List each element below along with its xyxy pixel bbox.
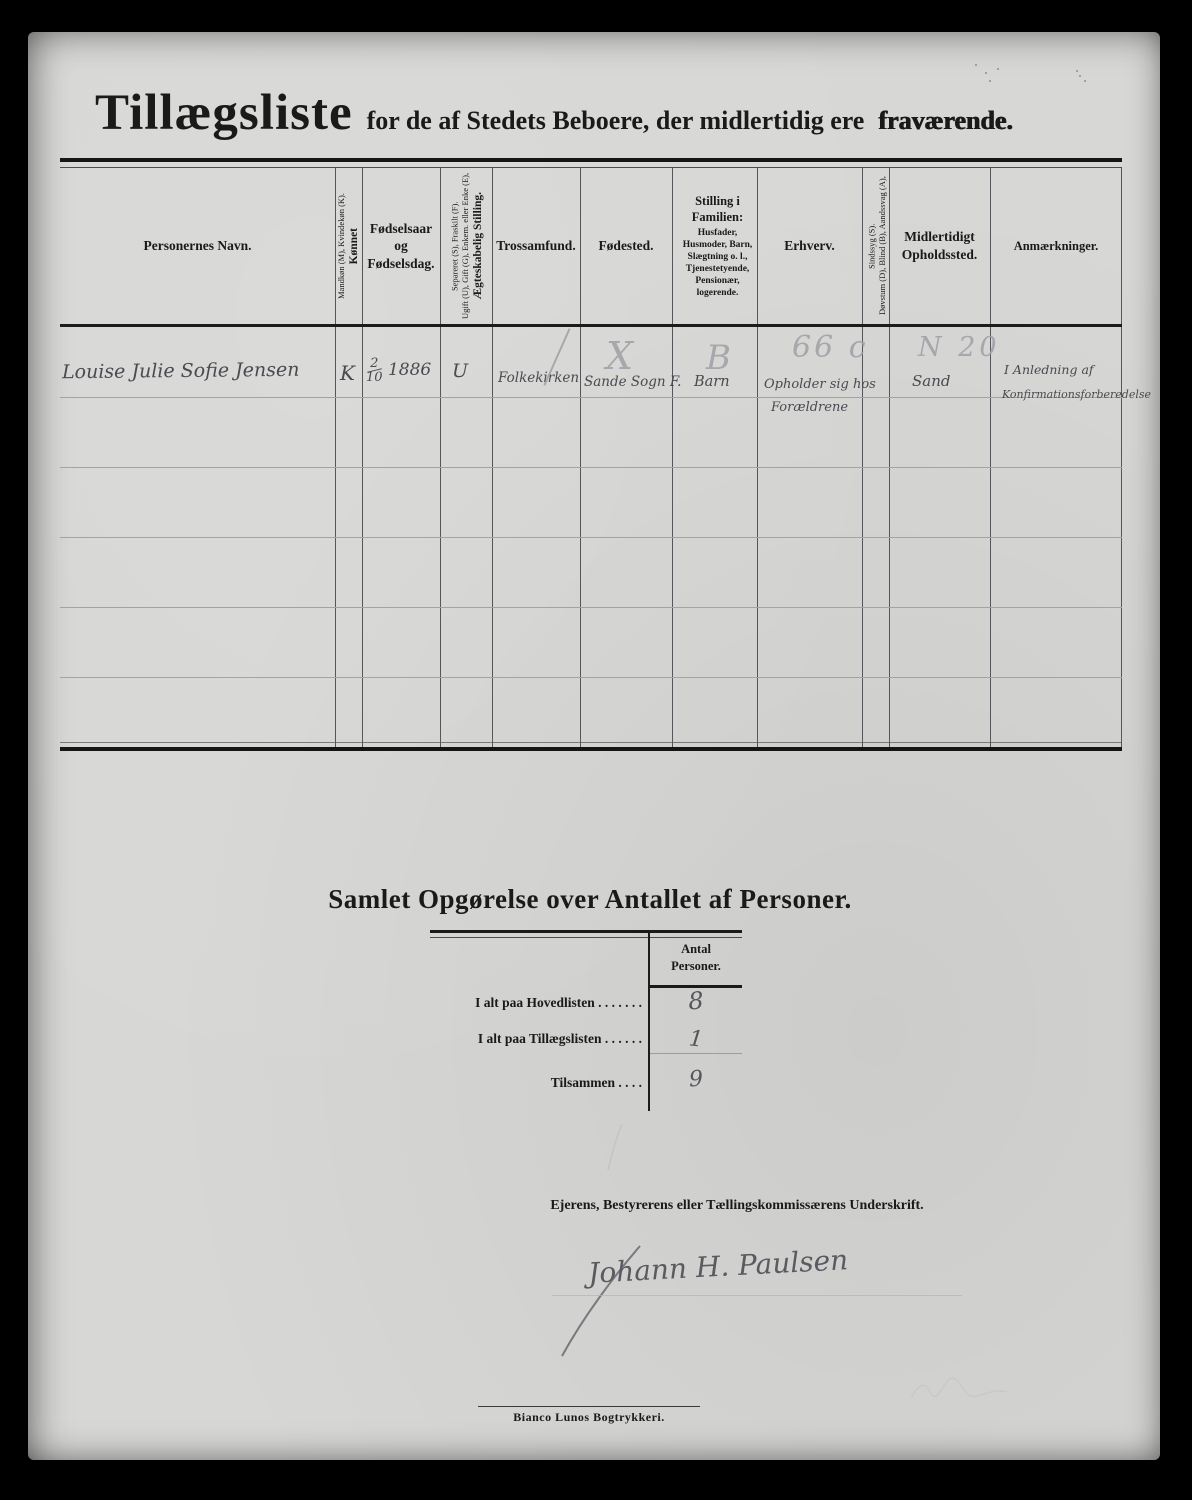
faint-pencil-scribble: [905, 1370, 1015, 1406]
header-faith-label: Trossamfund.: [496, 237, 575, 255]
entry-sex: K: [340, 361, 355, 385]
table-row: [60, 607, 1122, 678]
header-handicap-codes: Døvstum (D), Blind (B), Aandssvag (A), S…: [865, 172, 887, 320]
header-birth: Fødselsaar og Fødselsdag.: [362, 168, 440, 324]
entry-occupation-pencil: 66 c: [792, 330, 869, 365]
summary-row-value: 1: [649, 1022, 743, 1056]
summary-col-header-line2: Personer.: [650, 958, 742, 975]
summary-row-value: 9: [649, 1065, 742, 1095]
table-header-row: Personernes Navn. Mandkøn (M), Kvindekøn…: [60, 168, 1122, 327]
pencil-speck: [1076, 70, 1078, 72]
header-sex-title: Kønnet: [348, 228, 362, 264]
pencil-speck: [975, 64, 977, 66]
header-faith: Trossamfund.: [492, 168, 580, 324]
faint-pencil-stroke: [598, 1122, 638, 1172]
header-occupation-label: Erhverv.: [784, 237, 835, 255]
entry-occupation-line1: Opholder sig hos: [764, 377, 876, 392]
header-birthplace: Fødested.: [580, 168, 672, 324]
header-sex: Mandkøn (M), Kvindekøn (K). Kønnet: [335, 168, 362, 324]
header-residence-line2: Opholdssted.: [902, 246, 977, 264]
entry-birth-month: 10: [366, 372, 383, 383]
summary-row-value: 8: [649, 984, 743, 1018]
header-family: Stilling i Familien: Husfader, Husmoder,…: [672, 168, 763, 324]
header-family-title1: Stilling i: [695, 193, 740, 209]
header-name-label: Personernes Navn.: [144, 237, 252, 255]
header-residence-line1: Midlertidigt: [904, 228, 975, 246]
summary-row-label: I alt paa Tillægslisten . . . . . .: [430, 1031, 642, 1047]
header-name: Personernes Navn.: [60, 168, 335, 324]
header-handicap: Døvstum (D), Blind (B), Aandssvag (A), S…: [862, 168, 889, 324]
signature-line: [552, 1295, 962, 1296]
table-row: [60, 397, 1122, 468]
printer-name: Bianco Lunos Bogtrykkeri.: [468, 1410, 710, 1425]
entry-birthplace-pencil: X: [606, 334, 633, 378]
entry-family-pencil: B: [706, 338, 731, 378]
header-sex-codes: Mandkøn (M), Kvindekøn (K).: [336, 193, 346, 299]
header-sex-vertical: Mandkøn (M), Kvindekøn (K). Kønnet: [336, 171, 362, 321]
summary-row-label: Tilsammen . . . .: [430, 1075, 642, 1091]
entry-birthplace: Sande Sogn F.: [584, 374, 681, 390]
entry-faith: Folkekirken: [498, 370, 579, 386]
header-occupation: Erhverv.: [757, 168, 862, 324]
header-remarks-label: Anmærkninger.: [1014, 238, 1099, 254]
title-main: Tillægsliste: [95, 84, 353, 142]
entry-occupation-line2: Forældrene: [771, 400, 848, 415]
header-birth-line1: Fødselsaar: [370, 220, 432, 238]
census-table: Personernes Navn. Mandkøn (M), Kvindekøn…: [60, 158, 1122, 751]
title-subtitle: for de af Stedets Beboere, der midlertid…: [367, 106, 865, 136]
summary-top-rule: [430, 937, 742, 938]
summary-col-header: Antal Personer.: [650, 941, 742, 975]
page-title: Tillægsliste for de af Stedets Beboere, …: [95, 84, 1105, 142]
entry-marital: U: [452, 360, 468, 382]
header-handicap-vertical: Døvstum (D), Blind (B), Aandssvag (A), S…: [865, 171, 887, 321]
printer-rule: [478, 1406, 700, 1407]
entry-name: Louise Julie Sofie Jensen: [62, 359, 300, 383]
entry-birth-year: 1886: [388, 360, 431, 380]
header-marital-codes: Ugift (U), Gift (G), Enkem. eller Enke (…: [446, 172, 470, 320]
entry-birth-day: 2: [370, 358, 378, 369]
header-birthplace-label: Fødested.: [598, 237, 653, 255]
summary-table: Antal Personer. I alt paa Hovedlisten . …: [430, 930, 742, 1113]
header-residence: Midlertidigt Opholdssted.: [889, 168, 990, 324]
scanned-document: Tillægsliste for de af Stedets Beboere, …: [0, 0, 1192, 1500]
title-subtitle-emphasis: fraværende.: [878, 106, 1013, 136]
summary-title: Samlet Opgørelse over Antallet af Person…: [300, 884, 880, 915]
summary-col-header-line1: Antal: [650, 941, 742, 958]
entry-residence: Sand: [912, 372, 950, 390]
table-row: [60, 537, 1122, 608]
table-row: [60, 467, 1122, 538]
summary-row-label: I alt paa Hovedlisten . . . . . . .: [430, 995, 642, 1011]
header-family-codes: Husfader, Husmoder, Barn, Slægtning o. l…: [675, 228, 760, 299]
signature-label: Ejerens, Bestyrerens eller Tællingskommi…: [537, 1198, 937, 1214]
entry-birthdate: 210 1886: [366, 358, 431, 383]
header-marital-vertical: Ugift (U), Gift (G), Enkem. eller Enke (…: [446, 171, 486, 321]
header-birth-line3: Fødselsdag.: [367, 255, 434, 273]
entry-family: Barn: [694, 374, 730, 390]
header-family-title2: Familien:: [692, 209, 743, 225]
entry-remarks-line2: Konfirmationsforberedelse: [1002, 388, 1151, 401]
table-row: [60, 677, 1122, 747]
header-marital-title: Ægteskabelig Stilling.: [472, 192, 486, 299]
entry-remarks-line1: I Anledning af: [1004, 362, 1094, 377]
header-marital: Ugift (U), Gift (G), Enkem. eller Enke (…: [440, 168, 492, 324]
entry-residence-pencil: N 20: [918, 332, 1001, 363]
header-remarks: Anmærkninger.: [990, 168, 1122, 324]
header-birth-line2: og: [394, 237, 408, 255]
entry-birth-fraction: 210: [366, 358, 383, 383]
